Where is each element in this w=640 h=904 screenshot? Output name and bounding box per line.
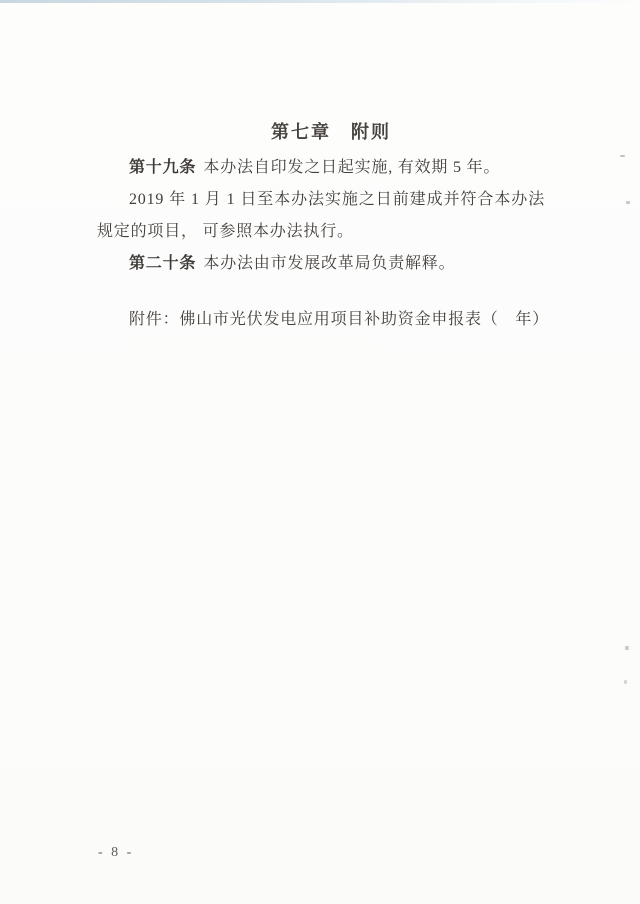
transition-clause-paragraph: 2019 年 1 月 1 日至本办法实施之日前建成并符合本办法规定的项目， 可参… (97, 184, 545, 248)
document-body: 第七章 附则 第十九条本办法自印发之日起实施, 有效期 5 年。 2019 年 … (97, 120, 545, 336)
article-20-number: 第二十条 (129, 255, 196, 272)
scanned-document-page: 第七章 附则 第十九条本办法自印发之日起实施, 有效期 5 年。 2019 年 … (0, 0, 640, 904)
scan-speck (626, 201, 630, 204)
article-19-paragraph: 第十九条本办法自印发之日起实施, 有效期 5 年。 (97, 152, 545, 184)
page-number: - 8 - (98, 845, 134, 861)
scanner-edge-artifact (0, 0, 640, 3)
scan-speck (624, 680, 627, 684)
scan-speck (625, 646, 629, 650)
article-paragraphs: 第十九条本办法自印发之日起实施, 有效期 5 年。 2019 年 1 月 1 日… (97, 152, 545, 336)
transition-clause-text: 2019 年 1 月 1 日至本办法实施之日前建成并符合本办法规定的项目， 可参… (97, 191, 545, 240)
article-20-paragraph: 第二十条本办法由市发展改革局负责解释。 (97, 248, 545, 280)
scan-speck (620, 155, 625, 157)
article-19-text: 本办法自印发之日起实施, 有效期 5 年。 (203, 159, 500, 176)
article-19-number: 第十九条 (129, 159, 196, 176)
chapter-heading: 第七章 附则 (117, 120, 545, 144)
article-20-text: 本办法由市发展改革局负责解释。 (203, 255, 455, 272)
attachment-note: 附件：佛山市光伏发电应用项目补助资金申报表（ 年） (97, 304, 545, 336)
